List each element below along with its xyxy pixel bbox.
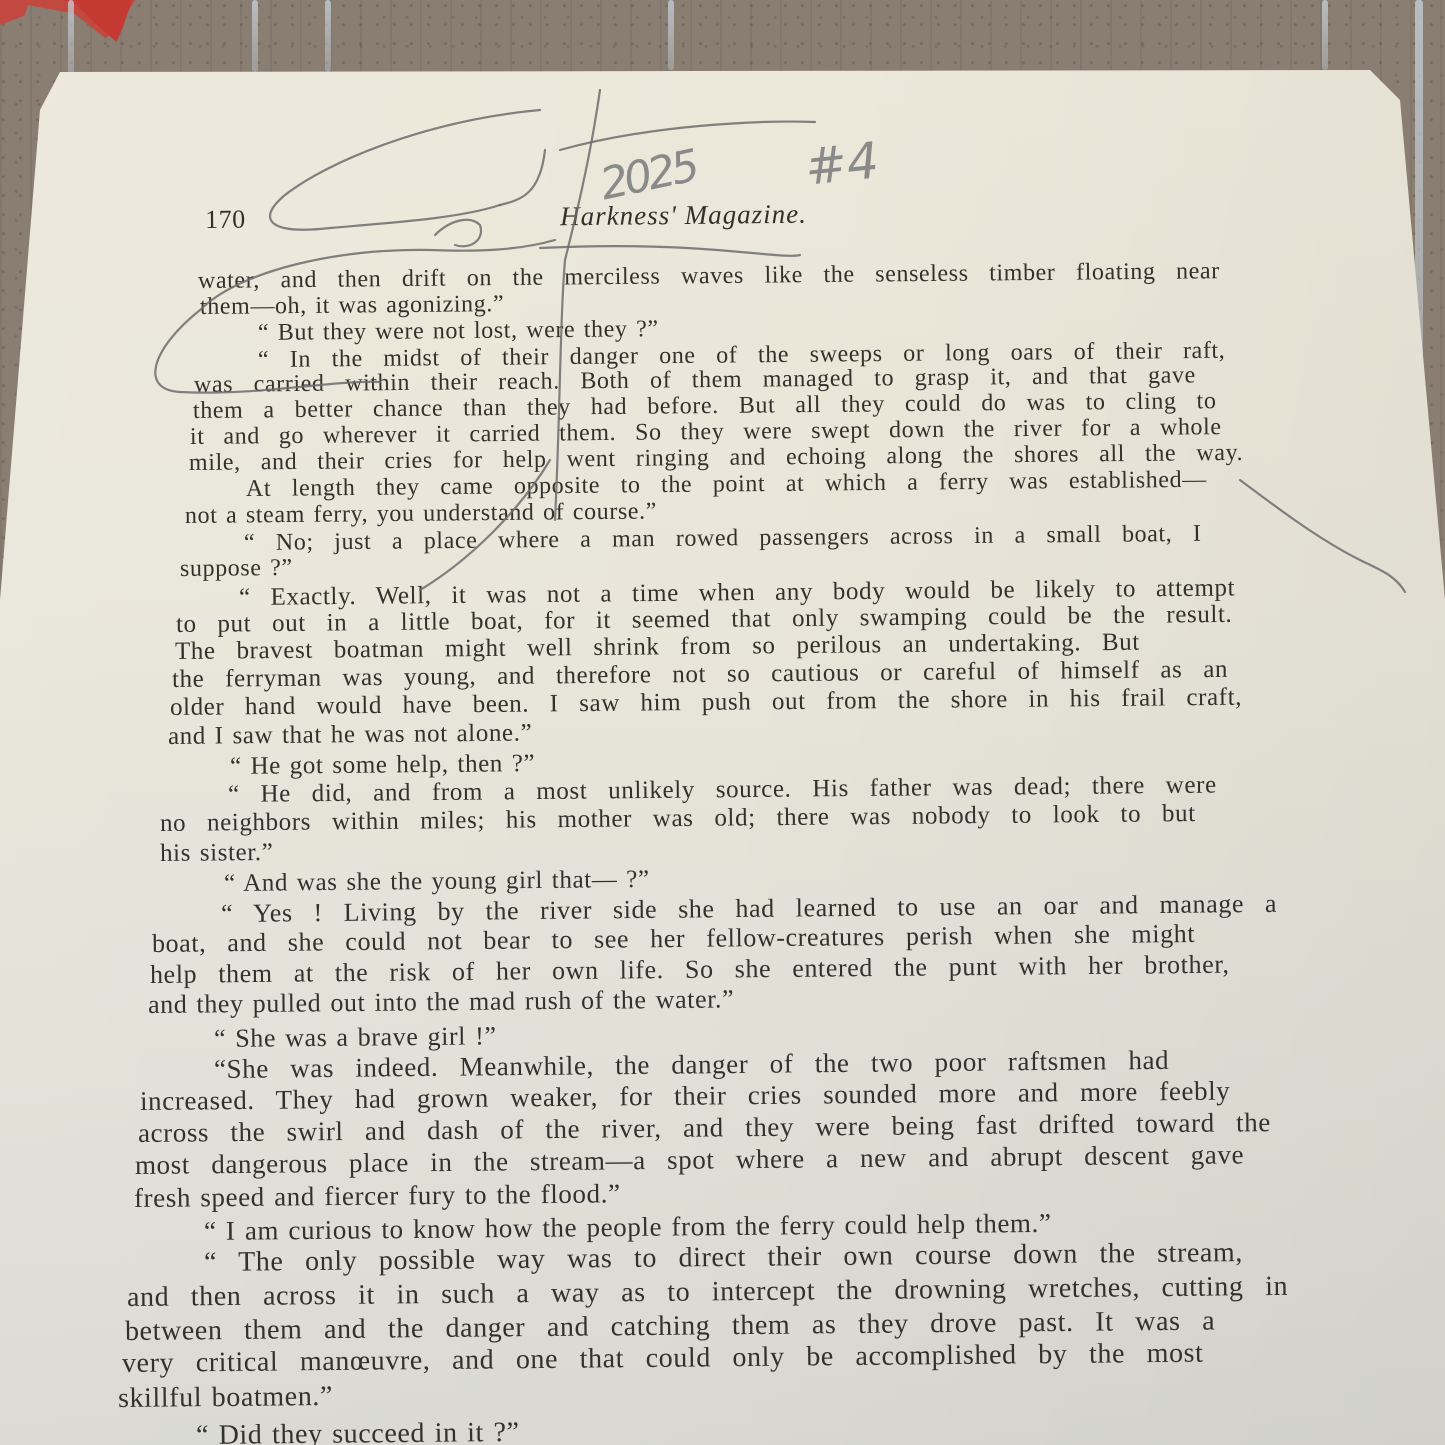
text-line: fresh speed and fiercer fury to the floo… bbox=[134, 1178, 621, 1214]
text-line: not a steam ferry, you understand of cou… bbox=[185, 498, 657, 530]
magazine-title: Harkness' Magazine. bbox=[560, 199, 807, 233]
text-line: them—oh, it was agonizing.” bbox=[200, 291, 504, 321]
pencil-mark: #4 bbox=[802, 131, 881, 196]
text-line: “ But they were not lost, were they ?” bbox=[258, 316, 659, 347]
text-line: his sister.” bbox=[160, 839, 274, 868]
text-line: suppose ?” bbox=[180, 555, 293, 583]
running-head: 170 Harkness' Magazine. bbox=[205, 198, 905, 205]
text-line: and I saw that he was not alone.” bbox=[168, 720, 533, 751]
text-line: water, and then drift on the merciless w… bbox=[198, 258, 1220, 295]
text-line: “ He got some help, then ?” bbox=[230, 750, 535, 781]
text-line: and they pulled out into the mad rush of… bbox=[148, 984, 734, 1020]
text-line: “ Did they succeed in it ?” bbox=[196, 1417, 520, 1445]
text-line: “ And was she the young girl that— ?” bbox=[224, 866, 650, 898]
text-line: “ She was a brave girl !” bbox=[214, 1021, 497, 1054]
page-number: 170 bbox=[205, 205, 246, 235]
page-content: 170 Harkness' Magazine. water, and then … bbox=[0, 0, 1445, 1445]
text-line: skillful boatmen.” bbox=[118, 1381, 333, 1415]
